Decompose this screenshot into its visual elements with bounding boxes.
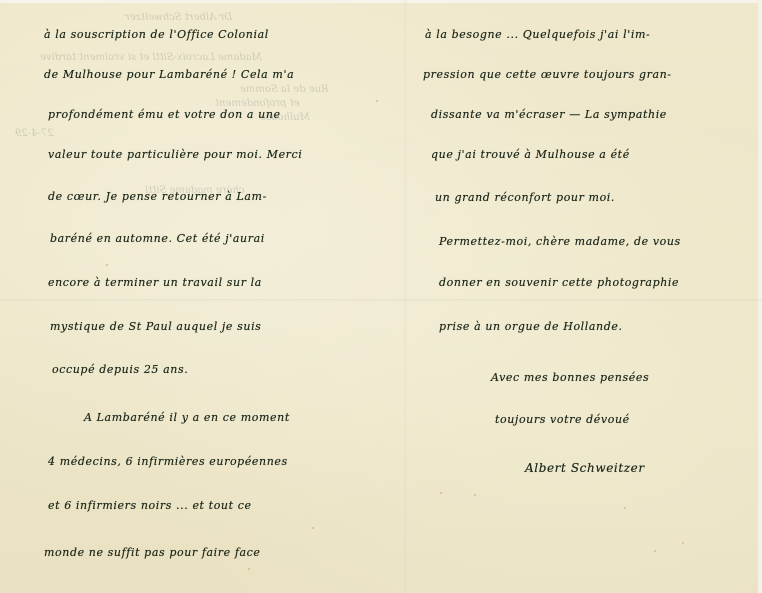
foxing-spot	[440, 492, 442, 494]
letter-line: à la souscription de l'Office Colonial	[44, 28, 269, 41]
letter-line: à la besogne ... Quelquefois j'ai l'im-	[425, 28, 650, 41]
letter-line: de Mulhouse pour Lambaréné ! Cela m'a	[44, 68, 294, 81]
foxing-spot	[654, 550, 656, 552]
foxing-spot	[376, 100, 378, 102]
letter-line: Permettez-moi, chère madame, de vous	[439, 235, 681, 248]
letter-line: un grand réconfort pour moi.	[435, 191, 615, 204]
letter-line: de cœur. Je pense retourner à Lam-	[48, 190, 267, 203]
letter-line: prise à un orgue de Hollande.	[439, 320, 623, 333]
letter-line: que j'ai trouvé à Mulhouse a été	[431, 148, 630, 161]
closing-line: Avec mes bonnes pensées	[491, 371, 649, 384]
letter-line: pression que cette œuvre toujours gran-	[423, 68, 672, 81]
letter-scan: Dr Albert Schweitzer Madame Lacroix-Sitt…	[0, 0, 762, 593]
foxing-spot	[106, 264, 108, 266]
right-page: à la besogne ... Quelquefois j'ai l'im- …	[407, 0, 762, 593]
foxing-spot	[682, 542, 684, 544]
letter-line: mystique de St Paul auquel je suis	[50, 320, 261, 333]
letter-line: occupé depuis 25 ans.	[52, 363, 188, 376]
letter-line: baréné en automne. Cet été j'aurai	[50, 232, 265, 245]
letter-line: encore à terminer un travail sur la	[48, 276, 262, 289]
letter-line: et 6 infirmiers noirs ... et tout ce	[48, 499, 252, 512]
letter-line: monde ne suffit pas pour faire face	[44, 546, 261, 559]
signature: Albert Schweitzer	[525, 461, 645, 475]
closing-line: toujours votre dévoué	[495, 413, 630, 426]
letter-line: valeur toute particulière pour moi. Merc…	[48, 148, 302, 161]
letter-line: profondément ému et votre don a une	[48, 108, 281, 121]
letter-line: 4 médecins, 6 infirmières européennes	[48, 455, 288, 468]
foxing-spot	[474, 494, 476, 496]
letter-line: A Lambaréné il y a en ce moment	[84, 411, 290, 424]
letter-line: dissante va m'écraser — La sympathie	[431, 108, 667, 121]
foxing-spot	[248, 568, 250, 570]
left-page: à la souscription de l'Office Colonial d…	[0, 0, 404, 593]
letter-line: donner en souvenir cette photographie	[439, 276, 679, 289]
foxing-spot	[312, 527, 314, 529]
foxing-spot	[624, 507, 626, 509]
